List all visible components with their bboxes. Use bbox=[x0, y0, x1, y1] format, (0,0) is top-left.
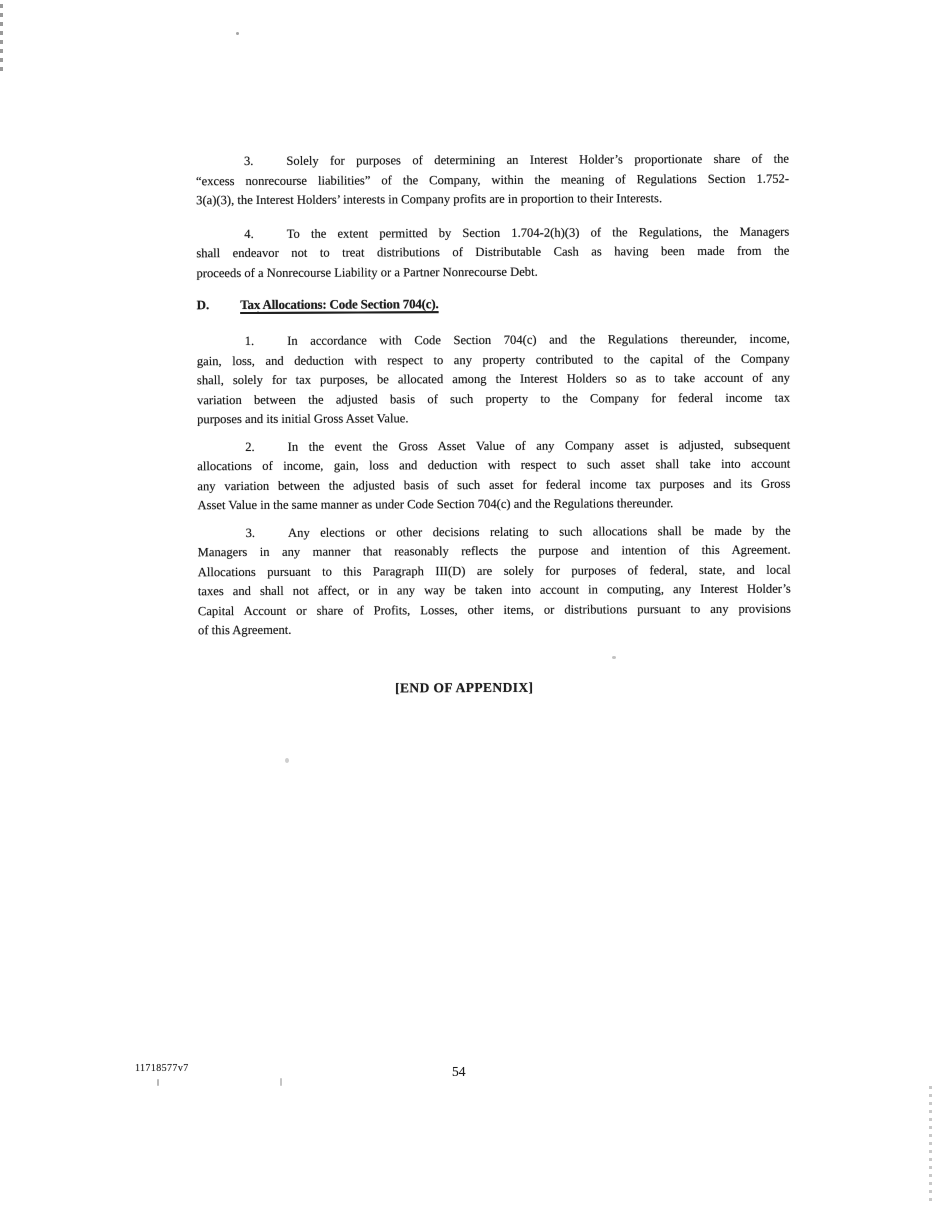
section-letter: D. bbox=[197, 297, 210, 312]
footer-document-number: 11718577v7 bbox=[135, 1063, 189, 1074]
paragraph-line: 3.Any elections or other decisions relat… bbox=[198, 521, 791, 543]
scan-speck bbox=[157, 1079, 159, 1086]
paragraph-line: “excess nonrecourse liabilities” of the … bbox=[196, 169, 789, 191]
paragraph-text: In the event the Gross Asset Value of an… bbox=[288, 437, 791, 453]
paragraph-line: Capital Account or share of Profits, Los… bbox=[198, 599, 791, 621]
paragraph-line: Allocations pursuant to this Paragraph I… bbox=[198, 560, 791, 582]
paragraph-line: shall, solely for tax purposes, be alloc… bbox=[197, 369, 790, 391]
scanned-document-page: 3.Solely for purposes of determining an … bbox=[0, 0, 933, 1209]
paragraph-number: 2. bbox=[245, 439, 255, 453]
paragraph: 3.Solely for purposes of determining an … bbox=[196, 150, 789, 211]
scan-speck bbox=[280, 1078, 282, 1086]
document-body: 3.Solely for purposes of determining an … bbox=[195, 0, 791, 698]
paragraph: 4.To the extent permitted by Section 1.7… bbox=[196, 222, 789, 283]
paragraph-number: 4. bbox=[244, 226, 254, 240]
paragraph-group-top: 3.Solely for purposes of determining an … bbox=[196, 150, 790, 284]
section-title: Tax Allocations: Code Section 704(c) bbox=[240, 296, 435, 312]
paragraph-line: allocations of income, gain, loss and de… bbox=[197, 455, 790, 477]
paragraph: 3.Any elections or other decisions relat… bbox=[198, 521, 792, 641]
end-of-appendix-marker: [END OF APPENDIX] bbox=[198, 676, 730, 698]
paragraph-line: proceeds of a Nonrecourse Liability or a… bbox=[196, 261, 789, 283]
paragraph-line: shall endeavor not to treat distribution… bbox=[196, 242, 789, 264]
paragraph-line: 1.In accordance with Code Section 704(c)… bbox=[197, 330, 790, 352]
paragraph-text: In accordance with Code Section 704(c) a… bbox=[287, 332, 790, 348]
paragraph: 1.In accordance with Code Section 704(c)… bbox=[197, 330, 790, 430]
paragraph-line: of this Agreement. bbox=[198, 619, 791, 641]
paragraph-line: 3(a)(3), the Interest Holders’ interests… bbox=[196, 189, 789, 211]
paragraph-line: 4.To the extent permitted by Section 1.7… bbox=[196, 222, 789, 244]
scan-edge-artifact-left bbox=[0, 4, 3, 76]
paragraph-line: taxes and shall not affect, or in any wa… bbox=[198, 580, 791, 602]
paragraph-line: 2.In the event the Gross Asset Value of … bbox=[197, 435, 790, 457]
section-heading: D.Tax Allocations: Code Section 704(c). bbox=[197, 295, 790, 314]
paragraph-line: gain, loss, and deduction with respect t… bbox=[197, 349, 790, 371]
paragraph-line: variation between the adjusted basis of … bbox=[197, 388, 790, 410]
scan-edge-artifact-right bbox=[929, 1086, 932, 1204]
paragraph-text: Solely for purposes of determining an In… bbox=[286, 152, 789, 168]
paragraph-line: Managers in any manner that reasonably r… bbox=[198, 541, 791, 563]
section-title-period: . bbox=[435, 296, 438, 311]
paragraph: 2.In the event the Gross Asset Value of … bbox=[197, 435, 790, 516]
paragraph-line: 3.Solely for purposes of determining an … bbox=[196, 150, 789, 172]
paragraph-text: To the extent permitted by Section 1.704… bbox=[287, 224, 790, 240]
paragraph-group-bottom: 1.In accordance with Code Section 704(c)… bbox=[197, 330, 791, 641]
paragraph-number: 1. bbox=[245, 334, 255, 348]
paragraph-number: 3. bbox=[246, 525, 256, 539]
scan-speck bbox=[285, 758, 289, 763]
paragraph-line: any variation between the adjusted basis… bbox=[197, 474, 790, 496]
paragraph-number: 3. bbox=[244, 154, 254, 168]
paragraph-line: purposes and its initial Gross Asset Val… bbox=[197, 408, 790, 430]
paragraph-line: Asset Value in the same manner as under … bbox=[197, 494, 790, 516]
paragraph-text: Any elections or other decisions relatin… bbox=[288, 523, 791, 539]
footer-page-number: 54 bbox=[452, 1064, 466, 1080]
